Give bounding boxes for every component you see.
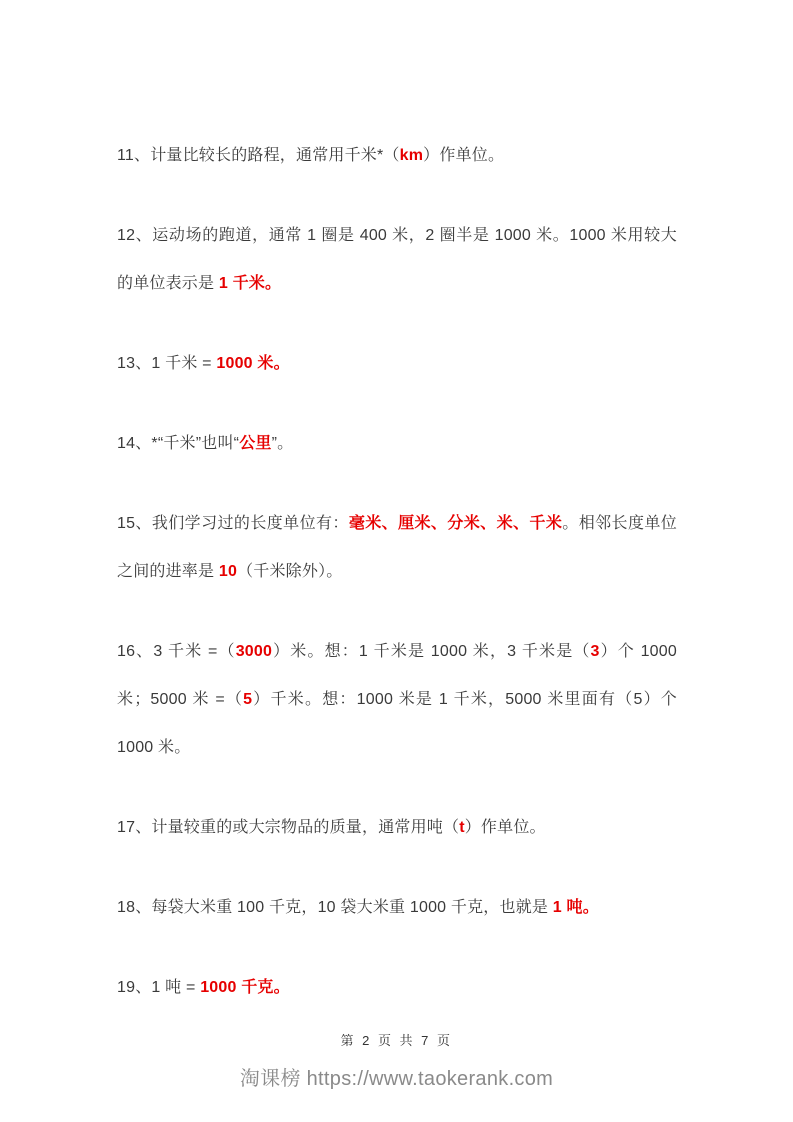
document-page: 11、计量比较长的路程，通常用千米*（km）作单位。12、运动场的跑道，通常 1… [0, 0, 793, 1122]
text-segment: 14、*“千米”也叫“ [117, 435, 239, 452]
text-segment: （千米除外）。 [237, 563, 342, 580]
highlight-segment: 10 [219, 563, 237, 580]
highlight-segment: 1000 千克。 [200, 979, 290, 996]
text-segment: ”。 [272, 435, 294, 452]
list-item: 19、1 吨 = 1000 千克。 [117, 964, 677, 1012]
highlight-segment: 公里 [239, 435, 271, 452]
list-item: 18、每袋大米重 100 千克，10 袋大米重 1000 千克，也就是 1 吨。 [117, 884, 677, 932]
text-segment: 12、运动场的跑道，通常 1 圈是 400 米，2 圈半是 1000 米。100… [117, 227, 677, 292]
text-segment: 13、1 千米 = [117, 355, 216, 372]
highlight-segment: 5 [243, 691, 252, 708]
text-segment: 16、3 千米 =（ [117, 643, 236, 660]
highlight-segment: 3000 [236, 643, 272, 660]
highlight-segment: 1000 米。 [216, 355, 289, 372]
list-item: 11、计量比较长的路程，通常用千米*（km）作单位。 [117, 132, 677, 180]
highlight-segment: 毫米、厘米、分米、米、千米 [349, 515, 562, 532]
list-item: 12、运动场的跑道，通常 1 圈是 400 米，2 圈半是 1000 米。100… [117, 212, 677, 308]
text-segment: 15、我们学习过的长度单位有： [117, 515, 349, 532]
highlight-segment: 1 千米。 [219, 275, 281, 292]
highlight-segment: km [400, 147, 424, 164]
list-item: 13、1 千米 = 1000 米。 [117, 340, 677, 388]
page-number: 第 2 页 共 7 页 [0, 1030, 793, 1049]
highlight-segment: 1 吨。 [553, 899, 599, 916]
list-item: 16、3 千米 =（3000）米。想：1 千米是 1000 米，3 千米是（3）… [117, 628, 677, 772]
text-segment: 18、每袋大米重 100 千克，10 袋大米重 1000 千克，也就是 [117, 899, 553, 916]
content: 11、计量比较长的路程，通常用千米*（km）作单位。12、运动场的跑道，通常 1… [117, 132, 677, 1044]
site-watermark: 淘课榜 https://www.taokerank.com [0, 1062, 793, 1091]
text-segment: ）米。想：1 千米是 1000 米，3 千米是（ [272, 643, 590, 660]
list-item: 14、*“千米”也叫“公里”。 [117, 420, 677, 468]
list-item: 17、计量较重的或大宗物品的质量，通常用吨（t）作单位。 [117, 804, 677, 852]
highlight-segment: 3 [591, 643, 600, 660]
text-segment: ）作单位。 [423, 147, 504, 164]
text-segment: 17、计量较重的或大宗物品的质量，通常用吨（ [117, 819, 459, 836]
text-segment: 19、1 吨 = [117, 979, 200, 996]
list-item: 15、我们学习过的长度单位有：毫米、厘米、分米、米、千米。相邻长度单位之间的进率… [117, 500, 677, 596]
text-segment: 11、计量比较长的路程，通常用千米*（ [117, 147, 400, 164]
text-segment: ）作单位。 [465, 819, 546, 836]
